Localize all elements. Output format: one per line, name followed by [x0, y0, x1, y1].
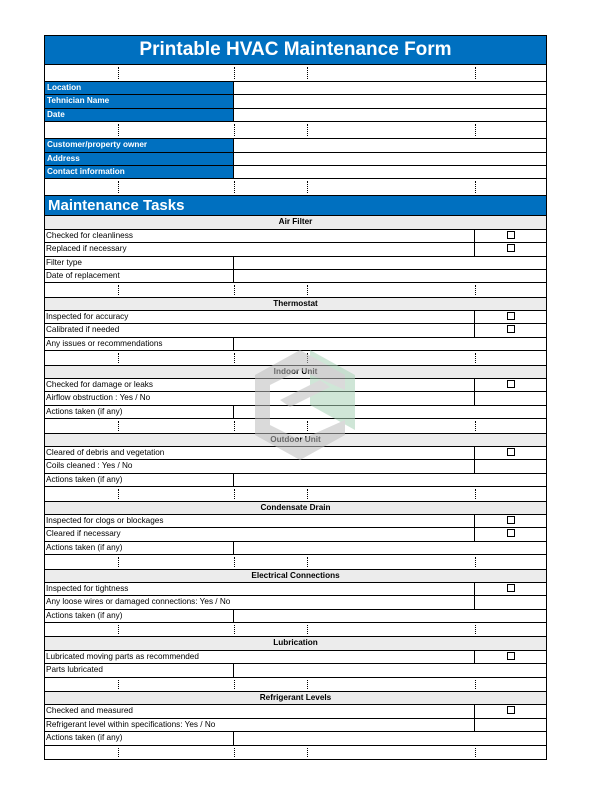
task-row: Inspected for accuracy [45, 311, 546, 324]
info-row: Date [45, 109, 546, 122]
field-input[interactable] [234, 610, 546, 622]
task-label: Checked for cleanliness [45, 230, 475, 242]
task-label: Coils cleaned : Yes / No [45, 460, 475, 472]
task-row: Airflow obstruction : Yes / No [45, 392, 546, 405]
info-value-field[interactable] [234, 82, 546, 94]
task-row: Calibrated if needed [45, 324, 546, 337]
task-row: Checked and measured [45, 705, 546, 718]
info-label: Address [45, 153, 234, 165]
task-label: Cleared of debris and vegetation [45, 447, 475, 459]
group-header: Electrical Connections [45, 570, 546, 583]
field-row: Any issues or recommendations [45, 338, 546, 351]
task-label: Cleared if necessary [45, 528, 475, 540]
task-row: Coils cleaned : Yes / No [45, 460, 546, 473]
field-input[interactable] [234, 257, 546, 269]
info-label: Contact information [45, 166, 234, 178]
task-label: Replaced if necessary [45, 243, 475, 255]
field-row: Actions taken (if any) [45, 406, 546, 419]
checkbox-cell[interactable] [475, 311, 546, 323]
group-header: Indoor Unit [45, 366, 546, 379]
info-label: Customer/property owner [45, 139, 234, 151]
field-label: Parts lubricated [45, 664, 234, 676]
field-input[interactable] [234, 474, 546, 486]
info-value-field[interactable] [234, 139, 546, 151]
checkbox-cell[interactable] [475, 243, 546, 255]
spacer-row [45, 283, 546, 297]
task-label: Any loose wires or damaged connections: … [45, 596, 475, 608]
info-label: Location [45, 82, 234, 94]
field-label: Actions taken (if any) [45, 474, 234, 486]
spacer-row [45, 65, 546, 82]
group-header: Condensate Drain [45, 502, 546, 515]
info-row: Address [45, 153, 546, 166]
info-row: Contact information [45, 166, 546, 179]
checkbox-icon[interactable] [507, 312, 515, 320]
checkbox-icon[interactable] [507, 244, 515, 252]
group-header: Outdoor Unit [45, 434, 546, 447]
field-row: Date of replacement [45, 270, 546, 283]
checkbox-cell[interactable] [475, 528, 546, 540]
field-input[interactable] [234, 664, 546, 676]
field-label: Filter type [45, 257, 234, 269]
task-label: Inspected for clogs or blockages [45, 515, 475, 527]
checkbox-cell[interactable] [475, 324, 546, 336]
info-value-field[interactable] [234, 109, 546, 121]
checkbox-icon[interactable] [507, 584, 515, 592]
field-label: Actions taken (if any) [45, 406, 234, 418]
task-label: Refrigerant level within specifications:… [45, 719, 475, 731]
task-row: Any loose wires or damaged connections: … [45, 596, 546, 609]
field-row: Filter type [45, 257, 546, 270]
task-label: Calibrated if needed [45, 324, 475, 336]
checkbox-cell[interactable] [475, 447, 546, 459]
checkbox-icon[interactable] [507, 652, 515, 660]
task-label: Inspected for tightness [45, 583, 475, 595]
task-label: Airflow obstruction : Yes / No [45, 392, 475, 404]
checkbox-cell[interactable] [475, 230, 546, 242]
task-row: Refrigerant level within specifications:… [45, 719, 546, 732]
group-header: Lubrication [45, 637, 546, 650]
info-row: Tehnician Name [45, 95, 546, 108]
spacer-row [45, 623, 546, 637]
field-label: Actions taken (if any) [45, 542, 234, 554]
checkbox-cell[interactable] [475, 651, 546, 663]
field-input[interactable] [234, 542, 546, 554]
info-row: Customer/property owner [45, 139, 546, 152]
task-row: Replaced if necessary [45, 243, 546, 256]
spacer-row [45, 555, 546, 569]
task-label: Checked and measured [45, 705, 475, 717]
field-row: Actions taken (if any) [45, 610, 546, 623]
answer-field[interactable] [475, 460, 546, 472]
answer-field[interactable] [475, 719, 546, 731]
checkbox-icon[interactable] [507, 448, 515, 456]
answer-field[interactable] [475, 596, 546, 608]
checkbox-cell[interactable] [475, 583, 546, 595]
checkbox-icon[interactable] [507, 325, 515, 333]
task-row: Cleared of debris and vegetation [45, 447, 546, 460]
task-row: Cleared if necessary [45, 528, 546, 541]
spacer-row [45, 351, 546, 365]
info-value-field[interactable] [234, 153, 546, 165]
spacer-row [45, 179, 546, 196]
field-row: Actions taken (if any) [45, 474, 546, 487]
spacer-row [45, 419, 546, 433]
spacer-row [45, 122, 546, 139]
field-label: Actions taken (if any) [45, 610, 234, 622]
field-row: Actions taken (if any) [45, 732, 546, 745]
field-label: Any issues or recommendations [45, 338, 234, 350]
checkbox-icon[interactable] [507, 706, 515, 714]
answer-field[interactable] [475, 392, 546, 404]
task-label: Lubricated moving parts as recommended [45, 651, 475, 663]
field-row: Actions taken (if any) [45, 542, 546, 555]
task-label: Inspected for accuracy [45, 311, 475, 323]
task-label: Checked for damage or leaks [45, 379, 475, 391]
spacer-row [45, 746, 546, 759]
info-value-field[interactable] [234, 95, 546, 107]
spacer-row [45, 487, 546, 501]
task-row: Checked for cleanliness [45, 230, 546, 243]
field-label: Actions taken (if any) [45, 732, 234, 744]
task-row: Inspected for clogs or blockages [45, 515, 546, 528]
field-input[interactable] [234, 406, 546, 418]
field-input[interactable] [234, 338, 546, 350]
checkbox-cell[interactable] [475, 705, 546, 717]
group-header: Refrigerant Levels [45, 692, 546, 705]
checkbox-icon[interactable] [507, 529, 515, 537]
field-row: Parts lubricated [45, 664, 546, 677]
form-title: Printable HVAC Maintenance Form [45, 36, 546, 65]
spacer-row [45, 678, 546, 692]
group-header: Thermostat [45, 298, 546, 311]
info-row: Location [45, 82, 546, 95]
task-row: Checked for damage or leaks [45, 379, 546, 392]
info-value-field[interactable] [234, 166, 546, 178]
checkbox-cell[interactable] [475, 515, 546, 527]
info-label: Tehnician Name [45, 95, 234, 107]
group-header: Air Filter [45, 216, 546, 229]
checkbox-cell[interactable] [475, 379, 546, 391]
field-label: Date of replacement [45, 270, 234, 282]
field-input[interactable] [234, 270, 546, 282]
task-row: Inspected for tightness [45, 583, 546, 596]
field-input[interactable] [234, 732, 546, 744]
section-title-maintenance-tasks: Maintenance Tasks [45, 196, 546, 216]
info-label: Date [45, 109, 234, 121]
checkbox-icon[interactable] [507, 516, 515, 524]
checkbox-icon[interactable] [507, 231, 515, 239]
task-row: Lubricated moving parts as recommended [45, 651, 546, 664]
checkbox-icon[interactable] [507, 380, 515, 388]
hvac-maintenance-form: Printable HVAC Maintenance Form Location… [44, 35, 547, 760]
